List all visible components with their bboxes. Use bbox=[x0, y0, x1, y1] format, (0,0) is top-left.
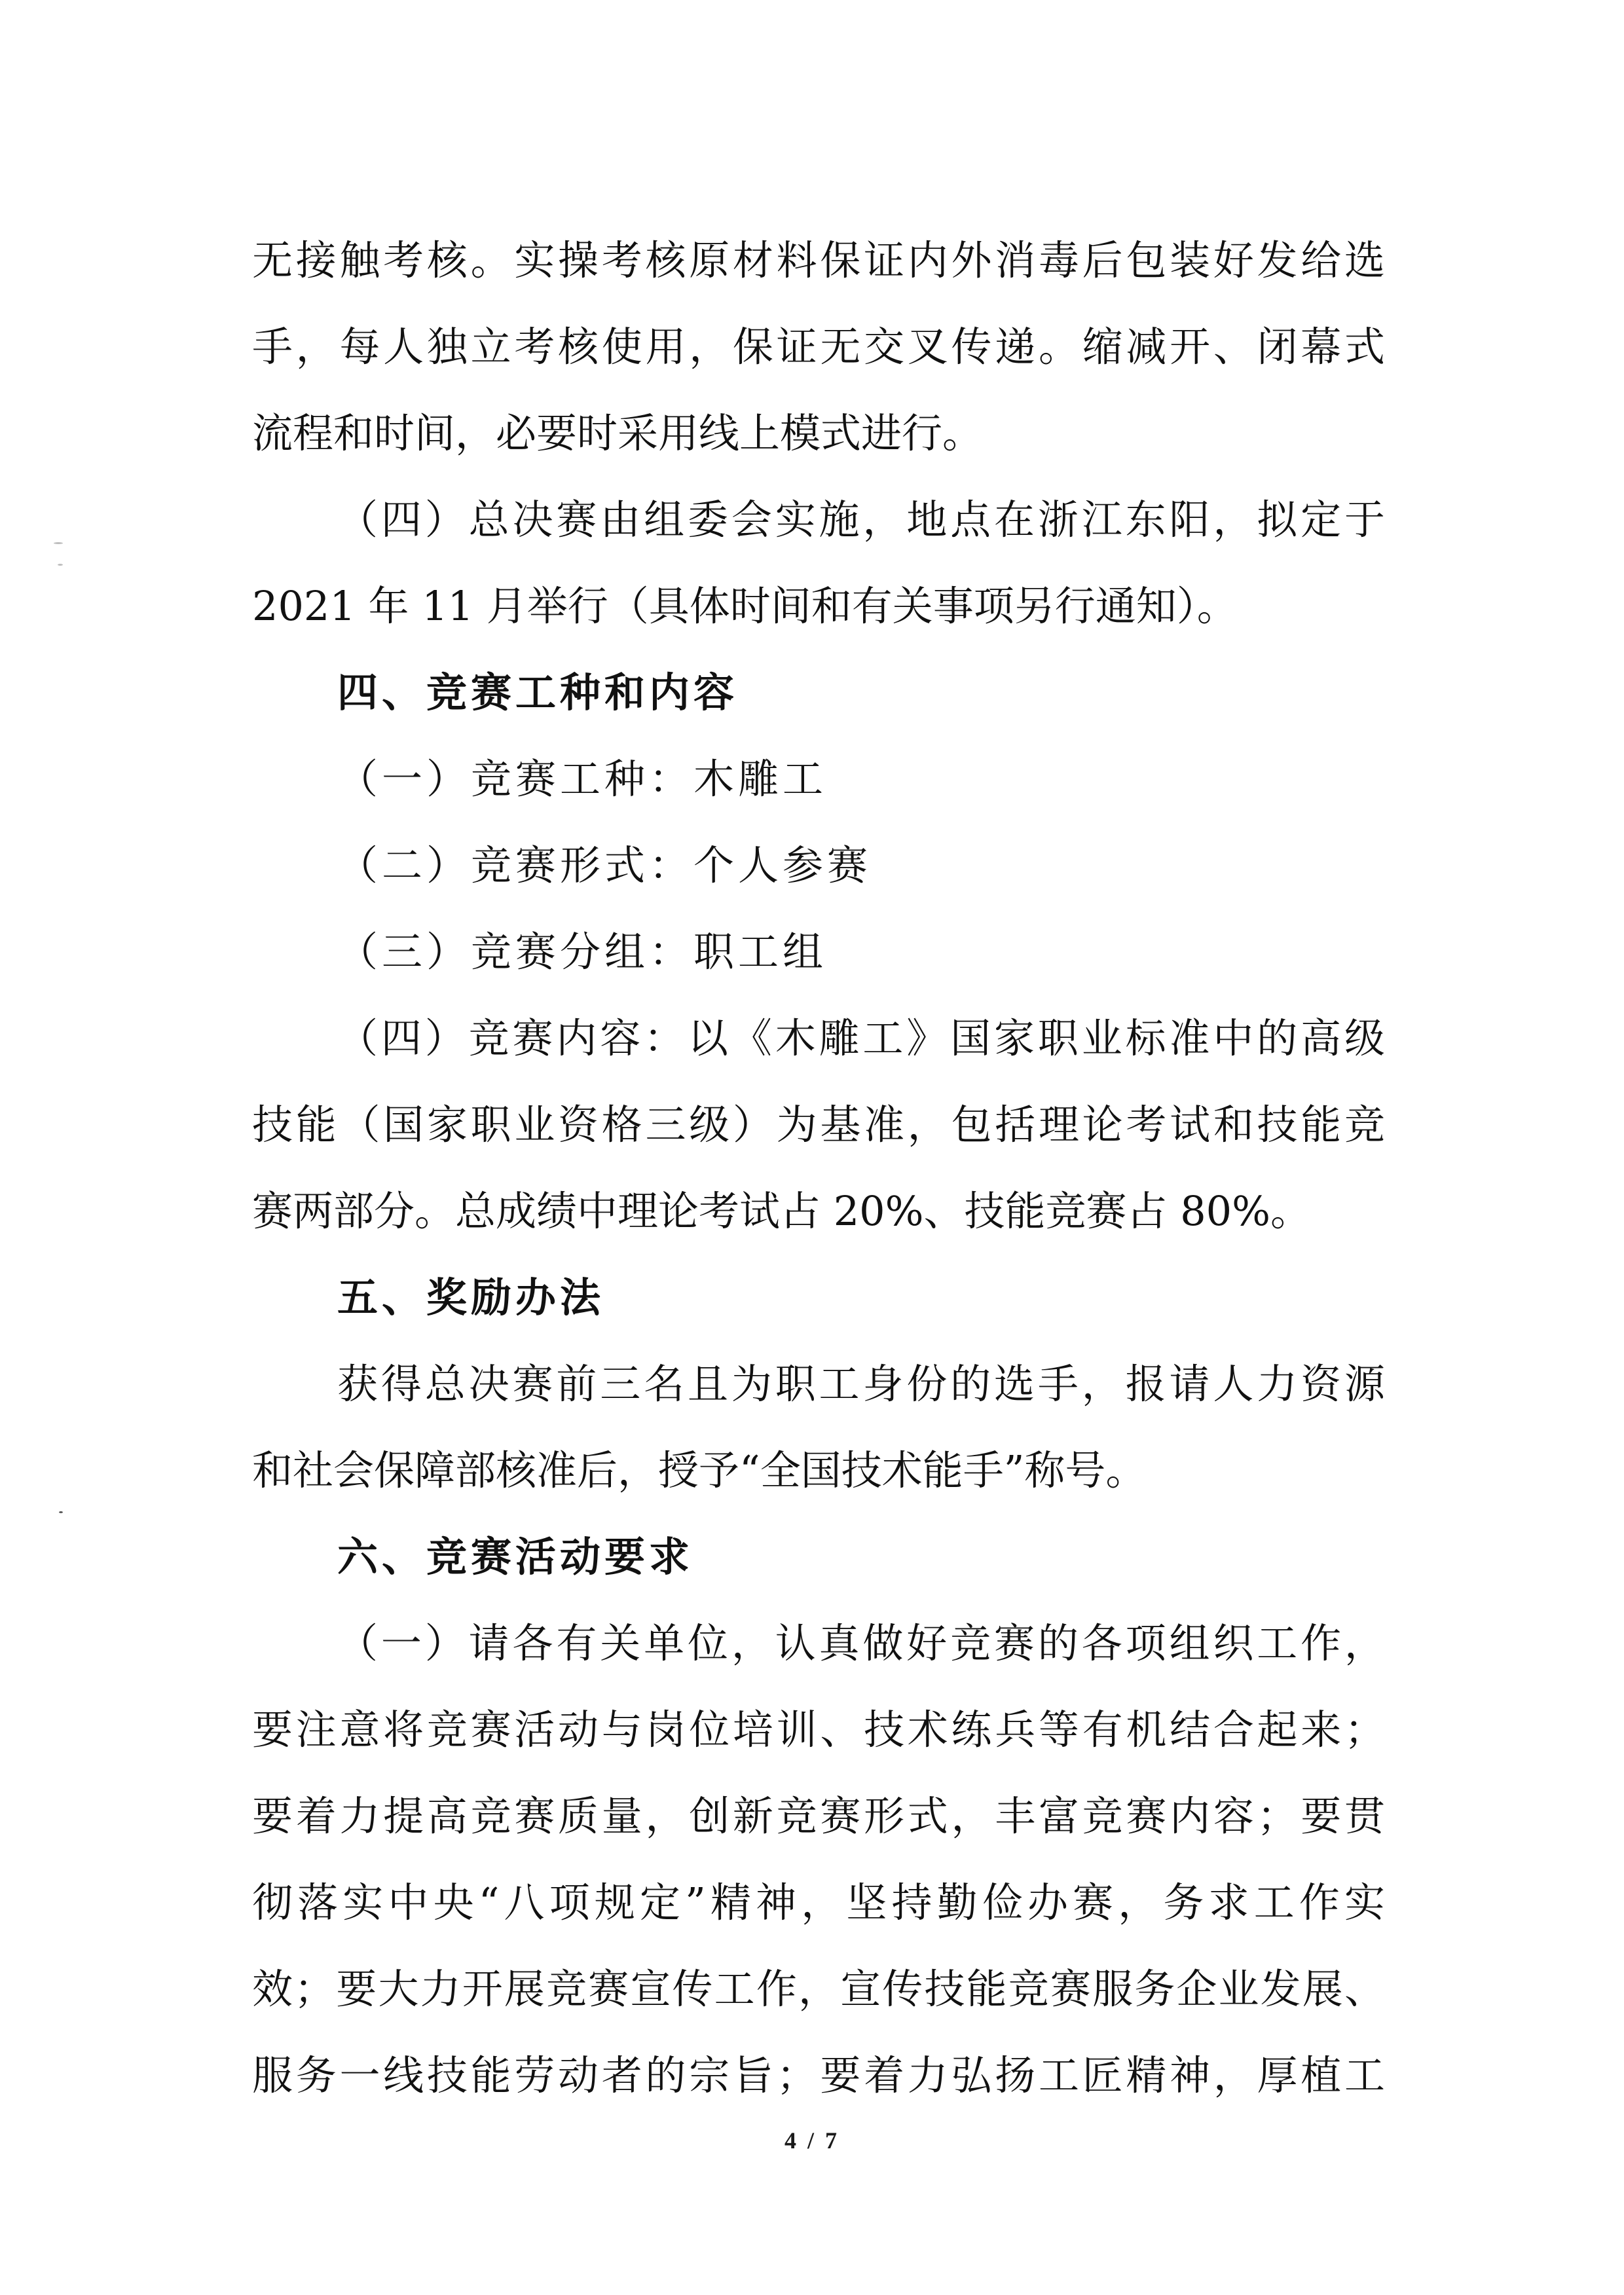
scan-artifact bbox=[59, 1511, 63, 1513]
paragraph-start-line: 获得总决赛前三名且为职工身份的选手，报请人力资源 bbox=[337, 1358, 1385, 1410]
section-heading-6: 六、竞赛活动要求 bbox=[337, 1531, 1470, 1583]
paragraph-start-line: （一）请各有关单位，认真做好竞赛的各项组织工作， bbox=[337, 1617, 1385, 1670]
body-line: 2021 年 11 月举行（具体时间和有关事项另行通知）。 bbox=[252, 580, 1385, 633]
body-line: 和社会保障部核准后，授予“全国技术能手”称号。 bbox=[252, 1444, 1385, 1497]
scan-artifact bbox=[54, 542, 63, 544]
body-line: 赛两部分。总成绩中理论考试占 20%、技能竞赛占 80%。 bbox=[252, 1185, 1385, 1238]
section-heading-4: 四、竞赛工种和内容 bbox=[337, 667, 1470, 719]
body-line: 无接触考核。实操考核原材料保证内外消毒后包装好发给选 bbox=[252, 234, 1385, 287]
list-item: （二）竞赛形式：个人参赛 bbox=[337, 839, 1470, 892]
body-line: 效；要大力开展竞赛宣传工作，宣传技能竞赛服务企业发展、 bbox=[252, 1963, 1385, 2015]
body-line: 服务一线技能劳动者的宗旨；要着力弘扬工匠精神，厚植工 bbox=[252, 2049, 1385, 2102]
body-line: 彻落实中央“八项规定”精神，坚持勤俭办赛，务求工作实 bbox=[252, 1877, 1385, 1929]
body-line: 流程和时间，必要时采用线上模式进行。 bbox=[252, 407, 1385, 460]
body-line: 要注意将竞赛活动与岗位培训、技术练兵等有机结合起来； bbox=[252, 1704, 1385, 1756]
scan-artifact bbox=[58, 564, 63, 566]
paragraph-start-line: （四）总决赛由组委会实施，地点在浙江东阳，拟定于 bbox=[337, 494, 1385, 546]
document-page: 无接触考核。实操考核原材料保证内外消毒后包装好发给选 手，每人独立考核使用，保证… bbox=[0, 0, 1624, 2295]
list-item: （一）竞赛工种：木雕工 bbox=[337, 753, 1470, 805]
body-line: 要着力提高竞赛质量，创新竞赛形式，丰富竞赛内容；要贯 bbox=[252, 1790, 1385, 1843]
page-number: 4 / 7 bbox=[0, 2127, 1624, 2154]
body-line: 技能（国家职业资格三级）为基准，包括理论考试和技能竞 bbox=[252, 1099, 1385, 1151]
section-heading-5: 五、奖励办法 bbox=[337, 1272, 1470, 1324]
list-item: （三）竞赛分组：职工组 bbox=[337, 926, 1470, 978]
body-line: 手，每人独立考核使用，保证无交叉传递。缩减开、闭幕式 bbox=[252, 321, 1385, 373]
paragraph-start-line: （四）竞赛内容：以《木雕工》国家职业标准中的高级 bbox=[337, 1012, 1385, 1065]
